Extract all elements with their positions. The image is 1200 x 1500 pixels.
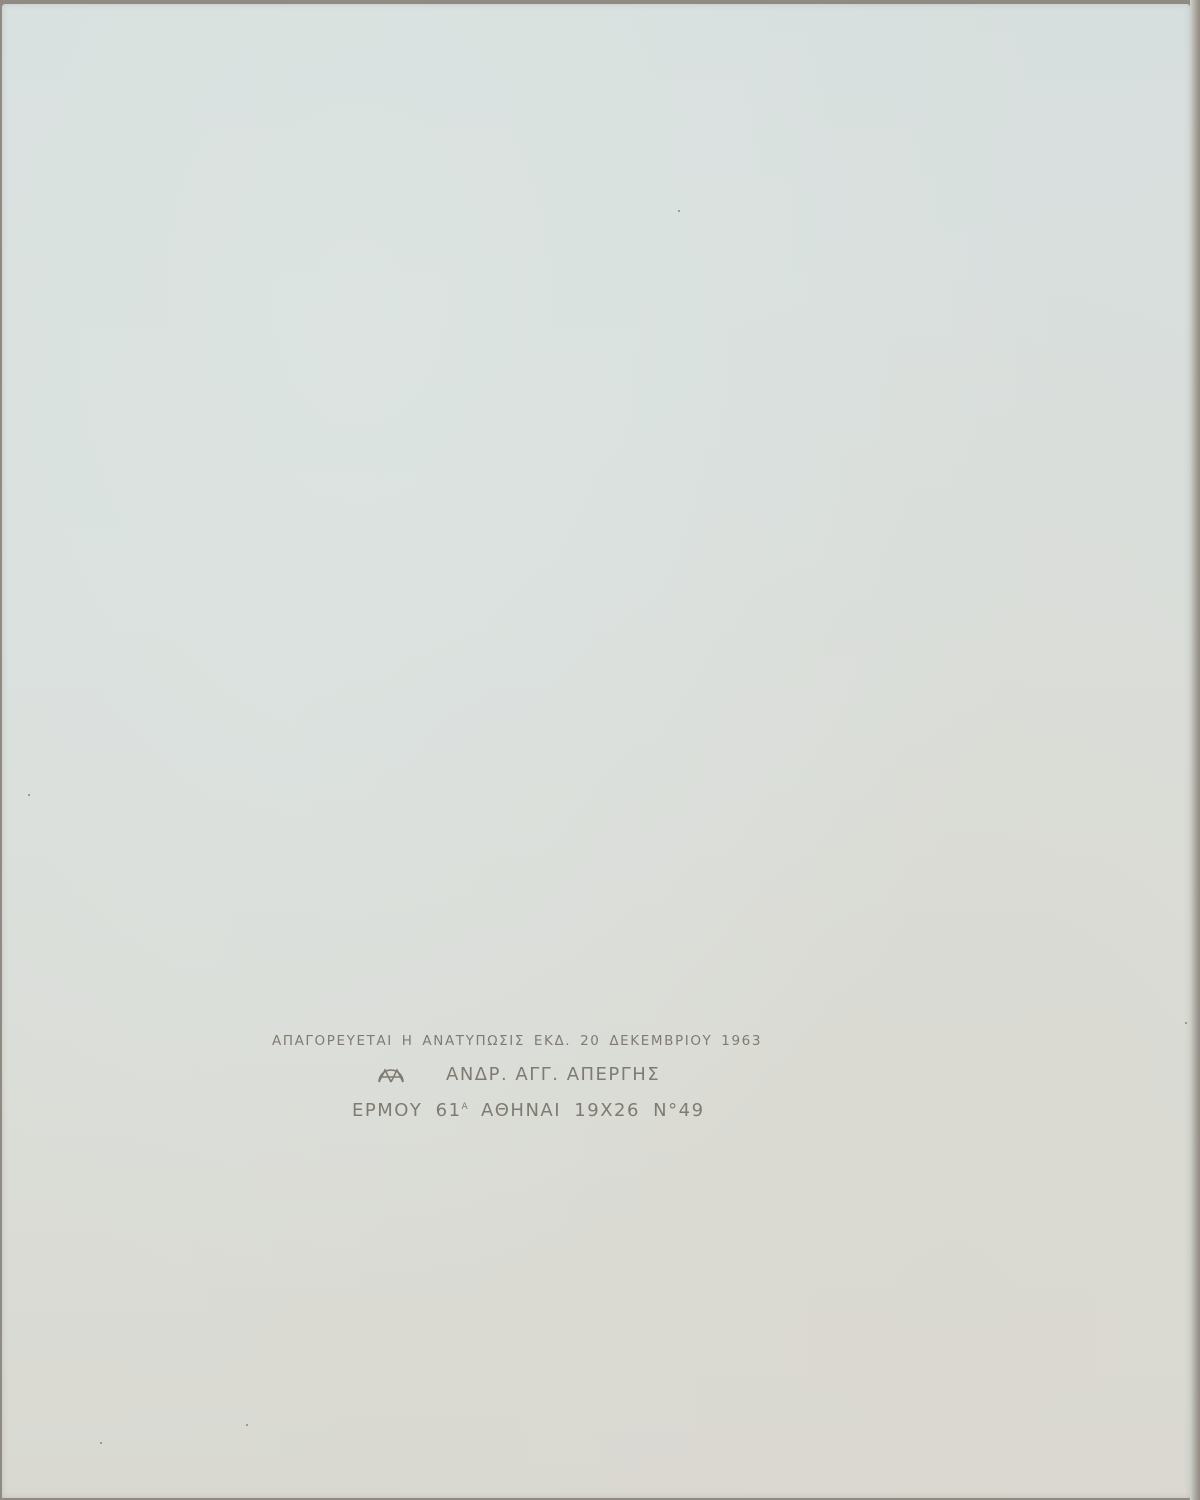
paper-sheet <box>2 4 1190 1498</box>
paper-speck <box>28 794 30 796</box>
address-city: ΑΘΗΝΑΙ <box>481 1100 561 1121</box>
paper-edge <box>1190 0 1200 1500</box>
publisher-address-line: ΕΡΜΟΥ 61Α ΑΘΗΝΑΙ 19Χ26 Ν°49 <box>352 1100 792 1121</box>
catalog-number: Ν°49 <box>653 1100 704 1121</box>
publisher-line: ΑΝΔΡ. ΑΓΓ. ΑΠΕΡΓΗΣ <box>376 1064 776 1085</box>
paper-speck <box>246 1424 248 1426</box>
paper-speck <box>1185 1022 1187 1024</box>
format-size: 19Χ26 <box>574 1100 640 1121</box>
address-superscript: Α <box>462 1102 468 1112</box>
paper-speck <box>678 210 680 212</box>
paper-speck <box>100 1442 102 1444</box>
publisher-monogram-icon <box>376 1066 406 1084</box>
reprint-prohibited-notice: ΑΠΑΓΟΡΕΥΕΤΑΙ Η ΑΝΑΤΥΠΩΣΙΣ ΕΚΔ. 20 ΔΕΚΕΜΒ… <box>272 1033 872 1049</box>
publisher-name: ΑΝΔΡ. ΑΓΓ. ΑΠΕΡΓΗΣ <box>446 1064 660 1085</box>
address-street: ΕΡΜΟΥ 61 <box>352 1100 462 1121</box>
